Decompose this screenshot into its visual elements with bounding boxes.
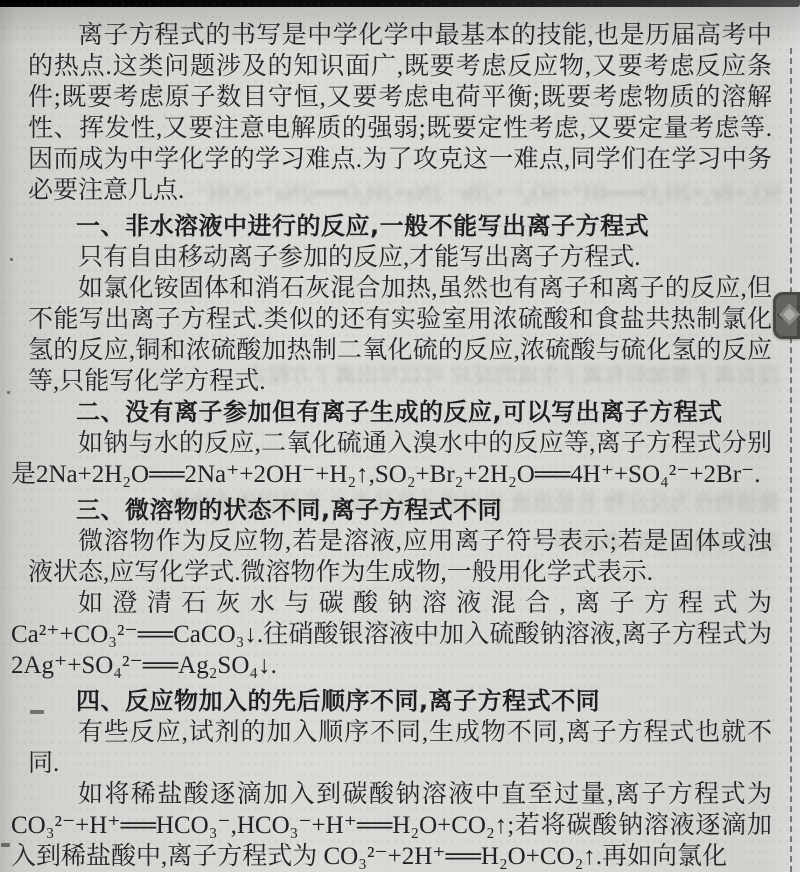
scan-speck: [30, 710, 44, 714]
section-heading-4: 四、反应物加入的先后顺序不同,离子方程式不同: [28, 686, 772, 717]
paragraph-with-equations: 如钠与水的反应,二氧化硫通入溴水中的反应等,离子方程式分别是2Na+2H₂O══…: [11, 428, 772, 490]
scan-speck: [10, 258, 13, 261]
section-heading-3: 三、微溶物的状态不同,离子方程式不同: [28, 495, 772, 526]
paragraph: 微溶物作为反应物,若是溶液,应用离子符号表示;若是固体或浊液状态,应写化学式.微…: [28, 526, 772, 588]
scan-top-edge-bar: [0, 0, 800, 7]
page-edge-dashed-line: [790, 48, 792, 872]
section-heading-2: 二、没有离子参加但有离子生成的反应,可以写出离子方程式: [28, 397, 772, 428]
paragraph-with-equations: 如澄清石灰水与碳酸钠溶液混合,离子方程式为 Ca²⁺+CO₃²⁻══CaCO₃↓…: [11, 588, 772, 681]
paragraph-with-equations: 如将稀盐酸逐滴加入到碳酸钠溶液中直至过量,离子方程式为 CO₃²⁻+H⁺══HC…: [11, 779, 772, 872]
paragraph: 如氯化铵固体和消石灰混合加热,虽然也有离子和离子的反应,但不能写出离子方程式.类…: [28, 273, 772, 397]
page-body-text: 离子方程式的书写是中学化学中最基本的技能,也是历届高考中的热点.这类问题涉及的知…: [28, 20, 772, 872]
section-heading-1: 一、非水溶液中进行的反应,一般不能写出离子方程式: [28, 211, 772, 242]
scanned-textbook-page: { "document": { "language": "zh-CN", "to…: [0, 0, 800, 872]
scan-speck: [1, 843, 10, 847]
intro-paragraph: 离子方程式的书写是中学化学中最基本的技能,也是历届高考中的热点.这类问题涉及的知…: [28, 20, 772, 206]
page-edge-tab: [773, 292, 800, 339]
scan-speck: [7, 391, 10, 394]
paragraph: 只有自由移动离子参加的反应,才能写出离子方程式.: [28, 242, 772, 273]
paragraph: 有些反应,试剂的加入顺序不同,生成物不同,离子方程式也就不同.: [28, 717, 772, 779]
diamond-icon: [779, 304, 800, 325]
